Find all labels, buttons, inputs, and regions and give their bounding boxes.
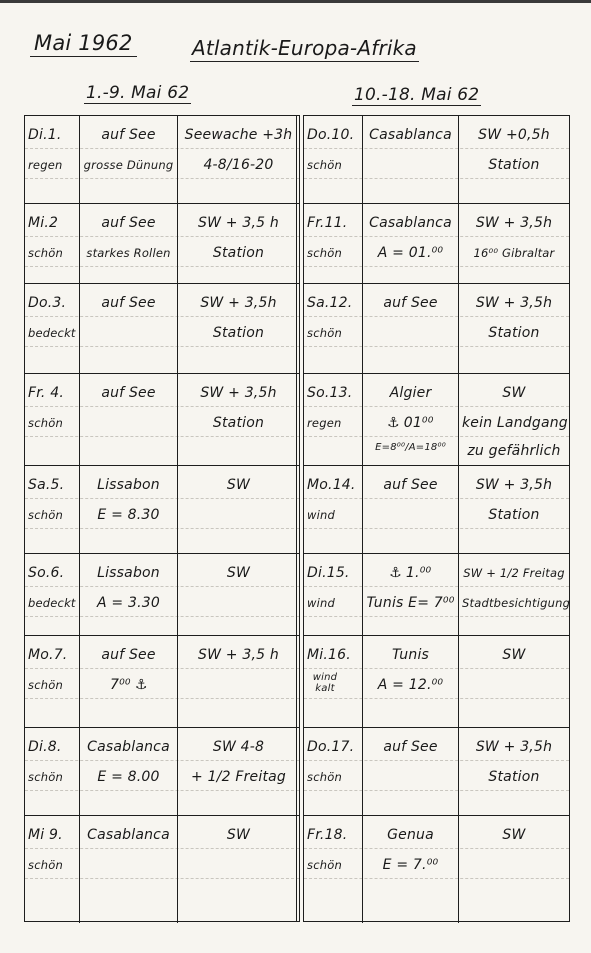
day-label: Mi 9. [28,826,76,844]
notes-cell: SW [177,466,299,553]
day-weather-cell: Mi.16.wind kalt [304,636,362,727]
notes-line: SW + 3,5h [181,384,296,402]
notes-cell: SW + 3,5 hStation [177,204,299,283]
place-cell: auf See [362,466,458,553]
weather-label: bedeckt [28,594,76,612]
table-row: Do.17.schönauf SeeSW + 3,5hStation [304,728,569,816]
place-cell: LissabonE = 8.30 [79,466,177,553]
notes-line: Station [181,414,296,432]
place-line: Casablanca [83,826,174,844]
place-line: E=8⁰⁰/A=18⁰⁰ [366,442,455,453]
place-line: A = 3.30 [83,594,174,612]
journal-page: Mai 1962 Atlantik-Europa-Afrika 1.-9. Ma… [0,3,591,953]
place-line: Tunis E= 7⁰⁰ [366,594,455,612]
notes-cell: SW + 3,5hStation [177,374,299,465]
table-row: Fr.11.schönCasablancaA = 01.⁰⁰SW + 3,5h1… [304,204,569,284]
weather-label: wind [307,594,359,612]
table-row: Sa.12.schönauf SeeSW + 3,5hStation [304,284,569,374]
notes-line: SW + 3,5h [462,294,566,312]
notes-line: Stadtbesichtigung [462,594,566,612]
table-row: Di.15.wind⚓ 1.⁰⁰Tunis E= 7⁰⁰SW + 1/2 Fre… [304,554,569,636]
day-label: Di.8. [28,738,76,756]
place-cell: Casablanca [79,816,177,923]
day-weather-cell: Do.17.schön [304,728,362,815]
place-line: Lissabon [83,476,174,494]
notes-cell: SW +0,5hStation [458,116,569,203]
place-line: E = 8.00 [83,768,174,786]
notes-cell: SW [177,554,299,635]
place-cell: CasablancaE = 8.00 [79,728,177,815]
table-row: Do.10.schönCasablancaSW +0,5hStation [304,116,569,204]
notes-line: SW [181,826,296,844]
notes-cell: SW + 3,5hStation [458,284,569,373]
place-cell: Casablanca [362,116,458,203]
notes-cell: SW + 3,5hStation [177,284,299,373]
day-weather-cell: Mi 9.schön [25,816,79,923]
day-label: So.6. [28,564,76,582]
table-divider [296,115,299,922]
notes-line: SW + 3,5h [181,294,296,312]
notes-cell: SW + 3,5hStation [458,466,569,553]
weather-label: schön [28,676,76,694]
notes-cell: SW [177,816,299,923]
place-cell: GenuaE = 7.⁰⁰ [362,816,458,923]
notes-line: SW + 1/2 Freitag [462,564,566,582]
notes-line: SW +0,5h [462,126,566,144]
place-line: auf See [366,738,455,756]
place-line: auf See [366,476,455,494]
day-label: Mo.7. [28,646,76,664]
table-row: Di.1.regenauf Seegrosse DünungSeewache +… [25,116,299,204]
page-title-date: Mai 1962 [30,31,137,57]
place-cell: auf See [79,284,177,373]
day-label: Fr.11. [307,214,359,232]
weather-label: schön [307,244,359,262]
weather-label: schön [28,414,76,432]
notes-line: 4-8/16-20 [181,156,296,174]
left-date-range: 1.-9. Mai 62 [84,83,191,104]
place-cell: TunisA = 12.⁰⁰ [362,636,458,727]
weather-label: schön [307,156,359,174]
right-itinerary-table: Do.10.schönCasablancaSW +0,5hStationFr.1… [303,115,570,922]
place-line: ⚓ 01⁰⁰ [366,414,455,432]
day-weather-cell: Fr.18.schön [304,816,362,923]
notes-line: Station [462,156,566,174]
day-weather-cell: Fr.11.schön [304,204,362,283]
day-weather-cell: Do.10.schön [304,116,362,203]
notes-cell: SW 4-8+ 1/2 Freitag [177,728,299,815]
place-cell: auf Seegrosse Dünung [79,116,177,203]
day-weather-cell: Di.15.wind [304,554,362,635]
notes-cell: Seewache +3h4-8/16-20 [177,116,299,203]
notes-cell: SW + 3,5h16⁰⁰ Gibraltar [458,204,569,283]
place-cell: auf See [79,374,177,465]
table-row: Mi.16.wind kaltTunisA = 12.⁰⁰SW [304,636,569,728]
notes-line: SW [462,384,566,402]
place-line: auf See [366,294,455,312]
place-line: auf See [83,126,174,144]
page-title-route: Atlantik-Europa-Afrika [190,36,419,62]
day-weather-cell: Mi.2schön [25,204,79,283]
right-date-range: 10.-18. Mai 62 [352,85,481,106]
notes-line: SW [462,826,566,844]
place-line: 7⁰⁰ ⚓ [83,676,174,694]
day-label: Fr. 4. [28,384,76,402]
notes-cell: SW + 1/2 FreitagStadtbesichtigung [458,554,569,635]
place-line: E = 8.30 [83,506,174,524]
notes-line: Station [181,324,296,342]
notes-cell: SW + 3,5hStation [458,728,569,815]
table-row: Mi 9.schönCasablancaSW [25,816,299,923]
notes-line: SW + 3,5h [462,738,566,756]
place-line: Casablanca [83,738,174,756]
day-label: Sa.12. [307,294,359,312]
notes-line: Seewache +3h [181,126,296,144]
place-line: ⚓ 1.⁰⁰ [366,564,455,582]
place-cell: Algier⚓ 01⁰⁰E=8⁰⁰/A=18⁰⁰ [362,374,458,465]
weather-label: regen [307,414,359,432]
notes-line: SW + 3,5 h [181,214,296,232]
notes-line: SW 4-8 [181,738,296,756]
day-weather-cell: Di.1.regen [25,116,79,203]
day-label: Mi.2 [28,214,76,232]
place-cell: auf See7⁰⁰ ⚓ [79,636,177,727]
notes-line: SW + 3,5h [462,214,566,232]
place-cell: auf Seestarkes Rollen [79,204,177,283]
day-weather-cell: So.6.bedeckt [25,554,79,635]
place-line: starkes Rollen [83,244,174,262]
place-line: auf See [83,294,174,312]
day-weather-cell: Mo.14.wind [304,466,362,553]
weather-label: wind kalt [307,672,343,694]
place-line: grosse Dünung [83,156,174,174]
place-cell: LissabonA = 3.30 [79,554,177,635]
weather-label: wind [307,506,359,524]
notes-line: Station [462,768,566,786]
notes-line: 16⁰⁰ Gibraltar [462,244,566,262]
notes-line: SW [181,476,296,494]
table-row: Fr.18.schönGenuaE = 7.⁰⁰SW [304,816,569,923]
left-itinerary-table: Di.1.regenauf Seegrosse DünungSeewache +… [24,115,300,922]
table-row: Do.3.bedecktauf SeeSW + 3,5hStation [25,284,299,374]
notes-cell: SW + 3,5 h [177,636,299,727]
place-line: A = 01.⁰⁰ [366,244,455,262]
place-line: E = 7.⁰⁰ [366,856,455,874]
day-label: Di.1. [28,126,76,144]
day-label: Mi.16. [307,646,359,664]
place-cell: auf See [362,284,458,373]
day-label: Sa.5. [28,476,76,494]
place-line: Algier [366,384,455,402]
weather-label: bedeckt [28,324,76,342]
weather-label: schön [307,324,359,342]
day-label: Di.15. [307,564,359,582]
notes-line: Station [462,324,566,342]
place-line: auf See [83,384,174,402]
day-weather-cell: Mo.7.schön [25,636,79,727]
weather-label: schön [28,506,76,524]
notes-cell: SW [458,816,569,923]
notes-line: SW [181,564,296,582]
place-line: auf See [83,646,174,664]
day-weather-cell: So.13.regen [304,374,362,465]
weather-label: schön [28,244,76,262]
weather-label: schön [28,768,76,786]
day-weather-cell: Sa.5.schön [25,466,79,553]
notes-cell: SW [458,636,569,727]
place-line: auf See [83,214,174,232]
table-row: So.6.bedecktLissabonA = 3.30SW [25,554,299,636]
day-weather-cell: Sa.12.schön [304,284,362,373]
place-line: A = 12.⁰⁰ [366,676,455,694]
day-label: Do.17. [307,738,359,756]
table-row: Fr. 4.schönauf SeeSW + 3,5hStation [25,374,299,466]
table-row: Sa.5.schönLissabonE = 8.30SW [25,466,299,554]
place-cell: ⚓ 1.⁰⁰Tunis E= 7⁰⁰ [362,554,458,635]
day-label: So.13. [307,384,359,402]
place-line: Genua [366,826,455,844]
place-line: Tunis [366,646,455,664]
day-label: Mo.14. [307,476,359,494]
notes-line: kein Landgang [462,414,566,432]
notes-cell: SWkein Landgangzu gefährlich [458,374,569,465]
table-row: So.13.regenAlgier⚓ 01⁰⁰E=8⁰⁰/A=18⁰⁰SWkei… [304,374,569,466]
weather-label: schön [307,856,359,874]
place-line: Casablanca [366,126,455,144]
notes-line: + 1/2 Freitag [181,768,296,786]
notes-line: zu gefährlich [462,442,566,460]
day-label: Do.3. [28,294,76,312]
day-weather-cell: Di.8.schön [25,728,79,815]
day-weather-cell: Do.3.bedeckt [25,284,79,373]
notes-line: Station [181,244,296,262]
day-label: Fr.18. [307,826,359,844]
table-row: Di.8.schönCasablancaE = 8.00SW 4-8+ 1/2 … [25,728,299,816]
table-row: Mo.14.windauf SeeSW + 3,5hStation [304,466,569,554]
notes-line: SW + 3,5 h [181,646,296,664]
day-label: Do.10. [307,126,359,144]
place-cell: auf See [362,728,458,815]
notes-line: SW [462,646,566,664]
place-cell: CasablancaA = 01.⁰⁰ [362,204,458,283]
place-line: Lissabon [83,564,174,582]
weather-label: regen [28,156,76,174]
notes-line: SW + 3,5h [462,476,566,494]
place-line: Casablanca [366,214,455,232]
notes-line: Station [462,506,566,524]
table-row: Mi.2schönauf Seestarkes RollenSW + 3,5 h… [25,204,299,284]
table-row: Mo.7.schönauf See7⁰⁰ ⚓SW + 3,5 h [25,636,299,728]
weather-label: schön [307,768,359,786]
weather-label: schön [28,856,76,874]
day-weather-cell: Fr. 4.schön [25,374,79,465]
